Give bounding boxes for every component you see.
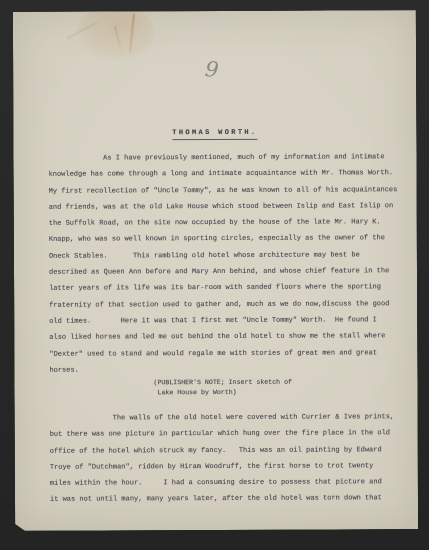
page-title: THOMAS WORTH. bbox=[172, 129, 257, 140]
title-row: THOMAS WORTH. bbox=[13, 120, 416, 140]
handwritten-page-number: 9 bbox=[204, 57, 246, 85]
document-page: 9 THOMAS WORTH. As I have previously men… bbox=[13, 10, 418, 531]
scanned-document-photo: { "document": { "page_number": "9", "tit… bbox=[0, 0, 429, 550]
publishers-note: (PUBLISHER'S NOTE; Insert sketch of Lake… bbox=[153, 378, 292, 398]
paragraph-1: As I have previously mentioned, much of … bbox=[48, 149, 398, 379]
paragraph-2: The walls of the old hotel were covered … bbox=[50, 409, 395, 508]
